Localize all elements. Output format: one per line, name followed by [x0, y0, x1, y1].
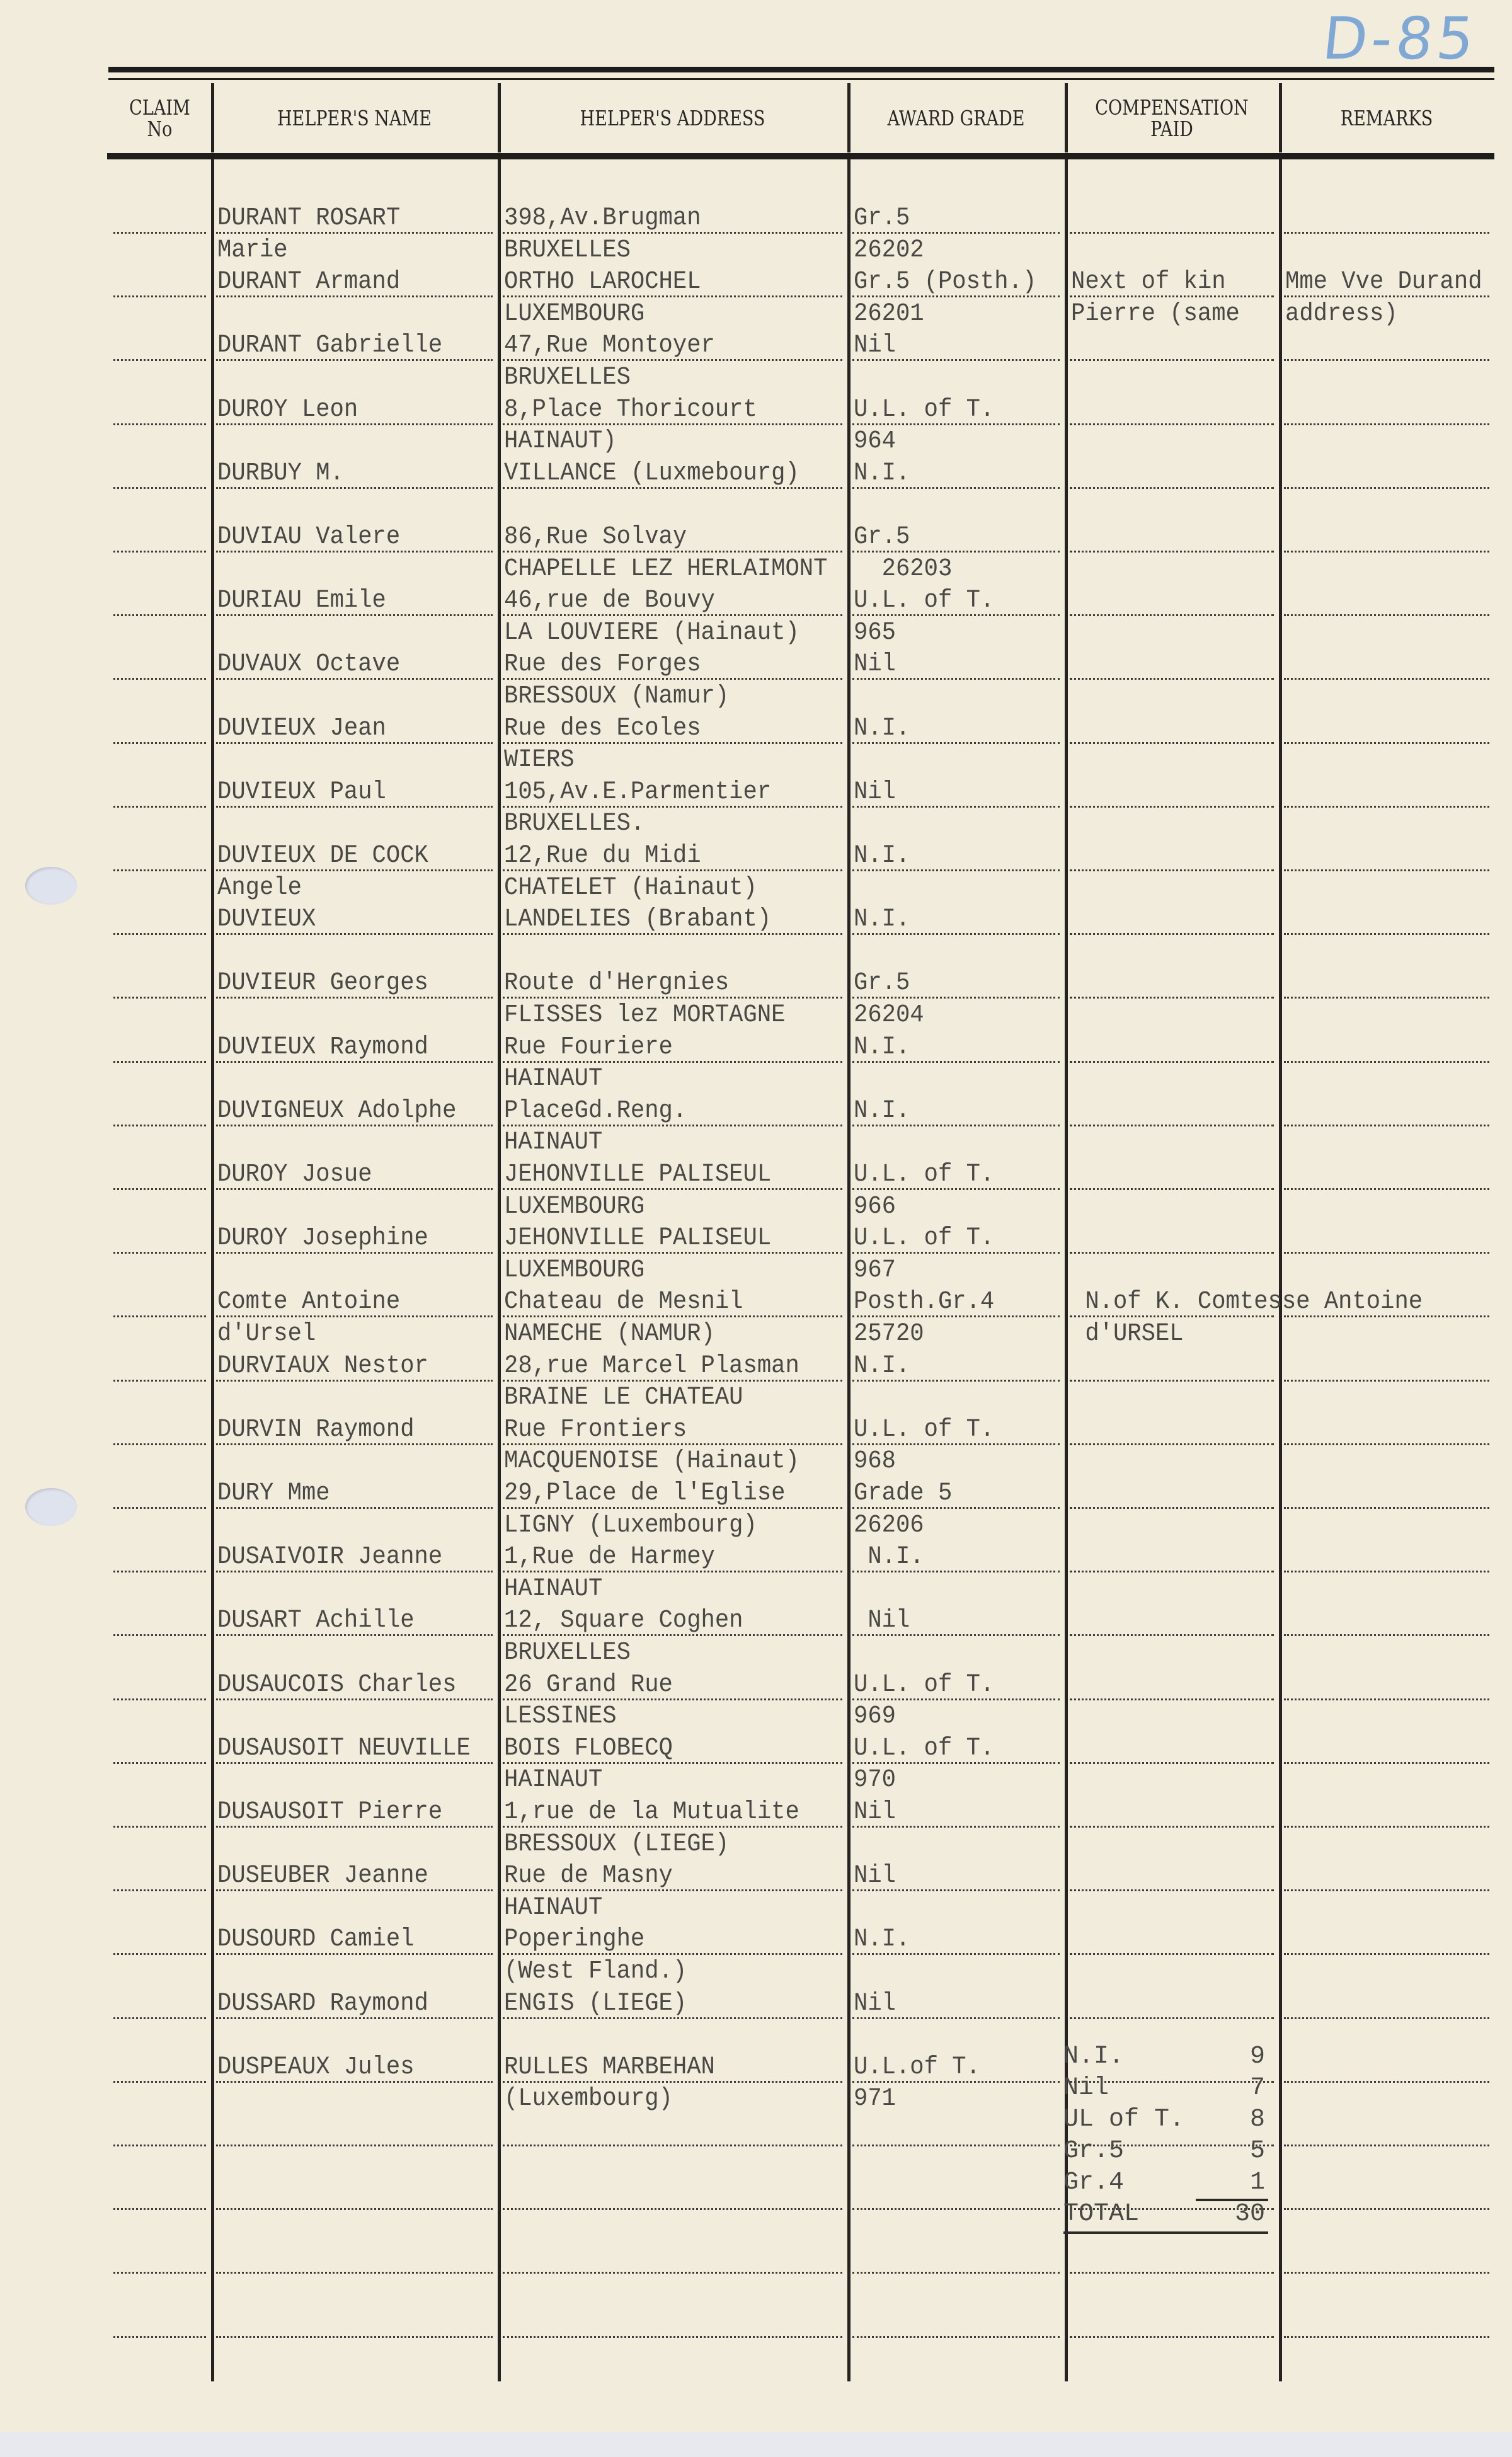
cell-address: Route d'Hergnies [504, 968, 729, 999]
header-column-divider [847, 83, 850, 152]
summary-count: 9 [1250, 2041, 1265, 2073]
row-rule [113, 1953, 206, 1955]
cell-address: BRAINE LE CHATEAU [504, 1382, 743, 1414]
cell-award: 964 [854, 426, 896, 457]
column-header-claim: CLAIMNo [118, 82, 202, 154]
row-rule [1284, 2208, 1489, 2210]
cell-award: U.L. of T. [854, 585, 994, 617]
row-rule [113, 933, 206, 935]
cell-address: BRUXELLES [504, 1637, 631, 1669]
summary-total-label: TOTAL [1063, 2199, 1139, 2230]
cell-award: 965 [854, 617, 896, 649]
cell-name: DUVIEUX [217, 904, 316, 936]
row-rule [113, 997, 206, 999]
row-rule [113, 1188, 206, 1190]
row-rule [503, 2145, 842, 2146]
row-rule [113, 1634, 206, 1636]
row-rule [1070, 1252, 1274, 1254]
cell-award: 971 [854, 2083, 896, 2115]
row-rule [1284, 1634, 1489, 1636]
cell-name: DUSSARD Raymond [217, 1988, 428, 2020]
cell-address: VILLANCE (Luxmebourg) [504, 458, 799, 490]
row-rule [1284, 2017, 1489, 2019]
column-header-remarks: REMARKS [1298, 82, 1475, 154]
cell-award: Nil [854, 1988, 896, 2020]
cell-award: 967 [854, 1255, 896, 1286]
cell-award: Gr.5 [854, 522, 910, 553]
row-rule [1070, 2336, 1274, 2338]
cell-name: DURBUY M. [217, 458, 344, 490]
row-rule [216, 2336, 493, 2338]
row-rule [1070, 869, 1274, 871]
cell-address: 105,Av.E.Parmentier [504, 777, 771, 808]
row-rule [1070, 1061, 1274, 1063]
summary-row: Gr.55 [1063, 2136, 1271, 2167]
cell-name: DUVAUX Octave [217, 649, 400, 680]
cell-address: NAMECHE (NAMUR) [504, 1319, 715, 1350]
column-divider [211, 159, 214, 2381]
cell-compensation: Pierre (same [1071, 299, 1240, 330]
cell-award: U.L. of T. [854, 1414, 994, 1446]
cell-address: LUXEMBOURG [504, 1255, 644, 1286]
row-rule [113, 1061, 206, 1063]
cell-award: Nil [854, 1797, 896, 1828]
row-rule [1284, 2272, 1489, 2274]
row-rule [1070, 997, 1274, 999]
row-rule [503, 2272, 842, 2274]
cell-award: 970 [854, 1765, 896, 1796]
cell-address: 46,rue de Bouvy [504, 585, 715, 617]
cell-address: WIERS [504, 745, 575, 776]
cell-award: Nil [854, 1605, 910, 1637]
cell-name: DUSPEAUX Jules [217, 2052, 415, 2083]
cell-award: Nil [854, 649, 896, 680]
cell-address: LIGNY (Luxembourg) [504, 1510, 757, 1542]
summary-label: UL of T. [1063, 2104, 1184, 2136]
row-rule [1284, 1953, 1489, 1955]
cell-address: Rue de Masny [504, 1860, 673, 1892]
cell-remarks: address) [1285, 299, 1398, 330]
row-rule [1070, 1125, 1274, 1126]
cell-name: DURANT ROSART [217, 203, 400, 234]
row-rule [113, 487, 206, 489]
cell-address: 29,Place de l'Eglise [504, 1478, 785, 1509]
cell-name: DUSAUSOIT NEUVILLE [217, 1733, 471, 1765]
cell-award: 25720 [854, 1319, 924, 1350]
cell-award: 26201 [854, 299, 924, 330]
cell-name: DUVIEUX DE COCK [217, 840, 428, 872]
cell-award: N.I. [854, 1032, 910, 1063]
row-rule [1284, 1188, 1489, 1190]
row-rule [1284, 487, 1489, 489]
top-thin-rule [108, 78, 1494, 80]
column-header-address: HELPER'S ADDRESS [529, 82, 816, 154]
column-header-compensation: COMPENSATIONPAID [1084, 82, 1260, 154]
cell-address: LANDELIES (Brabant) [504, 904, 771, 936]
row-rule [1070, 742, 1274, 744]
cell-address: BRESSOUX (Namur) [504, 681, 729, 713]
cell-address: LA LOUVIERE (Hainaut) [504, 617, 799, 649]
cell-name: DUROY Leon [217, 394, 358, 426]
row-rule [1070, 551, 1274, 553]
cell-address: HAINAUT [504, 1893, 602, 1924]
row-rule [113, 742, 206, 744]
cell-award: U.L. of T. [854, 1159, 994, 1191]
cell-award: Grade 5 [854, 1478, 952, 1509]
cell-address: HAINAUT [504, 1127, 602, 1159]
cell-address: 398,Av.Brugman [504, 203, 701, 234]
row-rule [1070, 1571, 1274, 1572]
summary-label: Nil [1063, 2073, 1109, 2104]
row-rule [1284, 1698, 1489, 1700]
summary-row: UL of T.8 [1063, 2104, 1271, 2136]
cell-address: PlaceGd.Reng. [504, 1096, 687, 1127]
row-rule [1284, 742, 1489, 744]
row-rule [113, 1380, 206, 1382]
column-header-name: HELPER'S NAME [237, 82, 472, 154]
cell-award: N.I. [854, 1351, 910, 1382]
cell-address: 12,Rue du Midi [504, 840, 701, 872]
row-rule [1284, 933, 1489, 935]
column-divider [847, 159, 850, 2381]
cell-award: U.L. of T. [854, 394, 994, 426]
cell-award: N.I. [854, 713, 910, 745]
cell-address: (Luxembourg) [504, 2083, 673, 2115]
row-rule [113, 1315, 206, 1317]
row-rule [1284, 614, 1489, 616]
cell-award: Nil [854, 777, 896, 808]
header-column-divider [1065, 83, 1068, 152]
cell-address: LESSINES [504, 1701, 617, 1732]
cell-name: DURANT Armand [217, 266, 400, 298]
row-rule [1070, 806, 1274, 808]
cell-address: HAINAUT [504, 1063, 602, 1095]
row-rule [216, 2272, 493, 2274]
cell-name: DUSAUSOIT Pierre [217, 1797, 442, 1828]
row-rule [1070, 1507, 1274, 1509]
row-rule [1284, 551, 1489, 553]
cell-award: N.I. [854, 840, 910, 872]
row-rule [1284, 1762, 1489, 1764]
row-rule [113, 2208, 206, 2210]
row-rule [1284, 997, 1489, 999]
row-rule [852, 2208, 1060, 2210]
cell-address: Rue Fouriere [504, 1032, 673, 1063]
header-column-divider [498, 83, 501, 152]
row-rule [113, 1443, 206, 1445]
cell-address: BRESSOUX (LIEGE) [504, 1829, 729, 1860]
row-rule [1070, 1380, 1274, 1382]
row-rule [113, 2336, 206, 2338]
cell-address: Rue des Ecoles [504, 713, 701, 745]
cell-award: N.I. [854, 1924, 910, 1956]
cell-name: DUSEUBER Jeanne [217, 1860, 428, 1892]
row-rule [852, 2272, 1060, 2274]
cell-address: 8,Place Thoricourt [504, 394, 757, 426]
cell-award: N.I. [854, 458, 910, 490]
cell-award: U.L. of T. [854, 1669, 994, 1701]
cell-address: Chateau de Mesnil [504, 1286, 743, 1318]
cell-address: 26 Grand Rue [504, 1669, 673, 1701]
cell-award: 26202 [854, 235, 924, 266]
row-rule [1284, 1443, 1489, 1445]
row-rule [113, 551, 206, 553]
row-rule [216, 2208, 493, 2210]
summary-count: 5 [1250, 2136, 1265, 2167]
row-rule [113, 2081, 206, 2083]
cell-address: RULLES MARBEHAN [504, 2052, 715, 2083]
top-thick-rule [108, 67, 1494, 72]
cell-award: Gr.5 [854, 203, 910, 234]
cell-address: MACQUENOISE (Hainaut) [504, 1446, 799, 1477]
punch-hole-upper [25, 867, 77, 905]
cell-name: DUVIAU Valere [217, 522, 400, 553]
cell-name: DUVIEUX Jean [217, 713, 386, 745]
summary-total-value: 30 [1235, 2199, 1265, 2230]
column-divider [1279, 159, 1282, 2381]
cell-address: BOIS FLOBECQ [504, 1733, 673, 1765]
cell-address: BRUXELLES [504, 362, 631, 394]
header-column-divider [211, 83, 214, 152]
cell-award: 26204 [854, 1000, 924, 1031]
cell-name: Marie [217, 235, 288, 266]
row-rule [1070, 2272, 1274, 2274]
cell-address: 47,Rue Montoyer [504, 330, 715, 362]
cell-address: Rue Frontiers [504, 1414, 687, 1446]
row-rule [1284, 806, 1489, 808]
row-rule [1284, 1571, 1489, 1572]
cell-name: DUVIEUR Georges [217, 968, 428, 999]
cell-name: DUVIEUX Raymond [217, 1032, 428, 1063]
row-rule [1070, 1889, 1274, 1891]
cell-award: Gr.5 [854, 968, 910, 999]
row-rule [1284, 423, 1489, 425]
cell-address: HAINAUT [504, 1574, 602, 1605]
cell-award: N.I. [854, 904, 910, 936]
cell-name: DUSART Achille [217, 1605, 415, 1637]
row-rule [1070, 1698, 1274, 1700]
handwritten-reference: D-85 [1319, 5, 1480, 72]
cell-compensation: N.of K. Comtesse Antoine [1071, 1286, 1423, 1318]
summary-row: N.I.9 [1063, 2041, 1271, 2073]
cell-award: U.L. of T. [854, 1223, 994, 1254]
row-rule [1070, 1443, 1274, 1445]
cell-remarks: Mme Vve Durand [1285, 266, 1482, 298]
cell-name: DUVIEUX Paul [217, 777, 386, 808]
row-rule [1070, 232, 1274, 234]
cell-name: DURIAU Emile [217, 585, 386, 617]
summary-total-row: TOTAL30 [1063, 2199, 1271, 2230]
cell-address: CHAPELLE LEZ HERLAIMONT [504, 554, 827, 585]
row-rule [1070, 1634, 1274, 1636]
row-rule [1284, 2336, 1489, 2338]
cell-award: N.I. [854, 1542, 924, 1573]
row-rule [113, 2017, 206, 2019]
row-rule [1070, 1826, 1274, 1828]
cell-award: Gr.5 (Posth.) [854, 266, 1036, 298]
row-rule [1284, 678, 1489, 680]
award-summary: N.I.9Nil7UL of T.8Gr.55Gr.41TOTAL30 [1063, 2041, 1271, 2230]
row-rule [113, 1889, 206, 1891]
cell-award: Nil [854, 1860, 896, 1892]
row-rule [113, 2272, 206, 2274]
row-rule [113, 869, 206, 871]
cell-address: JEHONVILLE PALISEUL [504, 1223, 771, 1254]
summary-count: 1 [1250, 2167, 1265, 2199]
cell-name: DURVIAUX Nestor [217, 1351, 428, 1382]
summary-count: 7 [1250, 2073, 1265, 2104]
cell-address: BRUXELLES [504, 235, 631, 266]
row-rule [1284, 359, 1489, 361]
row-rule [1284, 1889, 1489, 1891]
row-rule [113, 2145, 206, 2146]
cell-address: 28,rue Marcel Plasman [504, 1351, 799, 1382]
cell-name: DUROY Josue [217, 1159, 372, 1191]
summary-label: N.I. [1063, 2041, 1124, 2073]
row-rule [1070, 1953, 1274, 1955]
row-rule [1070, 2017, 1274, 2019]
row-rule [503, 2336, 842, 2338]
row-rule [1284, 1061, 1489, 1063]
row-rule [1284, 1507, 1489, 1509]
punch-hole-lower [25, 1488, 77, 1526]
row-rule [852, 2336, 1060, 2338]
cell-name: DUSAUCOIS Charles [217, 1669, 457, 1701]
cell-name: d'Ursel [217, 1319, 316, 1350]
row-rule [1284, 2145, 1489, 2146]
cell-award: 968 [854, 1446, 896, 1477]
cell-award: U.L.of T. [854, 2052, 980, 2083]
row-rule [113, 359, 206, 361]
row-rule [113, 1826, 206, 1828]
column-header-award: AWARD GRADE [867, 82, 1045, 154]
cell-address: BRUXELLES. [504, 808, 644, 840]
row-rule [503, 2208, 842, 2210]
cell-address: 1,rue de la Mutualite [504, 1797, 799, 1828]
row-rule [1284, 232, 1489, 234]
row-rule [1070, 678, 1274, 680]
cell-address: ENGIS (LIEGE) [504, 1988, 687, 2020]
cell-award: 26203 [854, 554, 952, 585]
cell-name: DUSOURD Camiel [217, 1924, 415, 1956]
row-rule [113, 1507, 206, 1509]
cell-address: LUXEMBOURG [504, 1191, 644, 1223]
cell-address: LUXEMBOURG [504, 299, 644, 330]
cell-compensation: Next of kin [1071, 266, 1226, 298]
cell-address: HAINAUT) [504, 426, 617, 457]
cell-address: 86,Rue Solvay [504, 522, 687, 553]
row-rule [1070, 1188, 1274, 1190]
cell-name: DUROY Josephine [217, 1223, 428, 1254]
row-rule [1070, 359, 1274, 361]
row-rule [113, 1252, 206, 1254]
row-rule [1284, 1252, 1489, 1254]
summary-row: Nil7 [1063, 2073, 1271, 2104]
cell-award: 966 [854, 1191, 896, 1223]
cell-address: (West Fland.) [504, 1956, 687, 1988]
summary-label: Gr.4 [1063, 2167, 1124, 2199]
header-column-divider [1279, 83, 1282, 152]
cell-name: Angele [217, 873, 302, 904]
row-rule [1284, 1125, 1489, 1126]
row-rule [1070, 423, 1274, 425]
cell-award: U.L. of T. [854, 1733, 994, 1765]
cell-award: 26206 [854, 1510, 924, 1542]
cell-address: ORTHO LAROCHEL [504, 266, 701, 298]
summary-double-underline [1063, 2231, 1268, 2234]
cell-compensation: d'URSEL [1071, 1319, 1184, 1350]
cell-address: HAINAUT [504, 1765, 602, 1796]
row-rule [1284, 1380, 1489, 1382]
scan-background [0, 2432, 1512, 2457]
summary-row: Gr.41 [1063, 2167, 1271, 2199]
cell-award: N.I. [854, 1096, 910, 1127]
summary-label: Gr.5 [1063, 2136, 1124, 2167]
row-rule [113, 232, 206, 234]
cell-name: Comte Antoine [217, 1286, 400, 1318]
row-rule [113, 806, 206, 808]
row-rule [1070, 487, 1274, 489]
column-divider [498, 159, 501, 2381]
cell-address: FLISSES lez MORTAGNE [504, 1000, 785, 1031]
row-rule [1070, 614, 1274, 616]
cell-name: DURVIN Raymond [217, 1414, 415, 1446]
cell-name: DURANT Gabrielle [217, 330, 442, 362]
cell-address: Rue des Forges [504, 649, 701, 680]
cell-name: DUSAIVOIR Jeanne [217, 1542, 442, 1573]
row-rule [1284, 869, 1489, 871]
row-rule [852, 2145, 1060, 2146]
cell-name: DUVIGNEUX Adolphe [217, 1096, 457, 1127]
row-rule [1284, 2081, 1489, 2083]
row-rule [216, 2145, 493, 2146]
row-rule [113, 295, 206, 297]
cell-address: CHATELET (Hainaut) [504, 873, 757, 904]
cell-address: JEHONVILLE PALISEUL [504, 1159, 771, 1191]
cell-address: 12, Square Coghen [504, 1605, 743, 1637]
row-rule [113, 1698, 206, 1700]
row-rule [1284, 1826, 1489, 1828]
row-rule [1070, 1762, 1274, 1764]
cell-name: DURY Mme [217, 1478, 330, 1509]
row-rule [113, 678, 206, 680]
row-rule [113, 1762, 206, 1764]
cell-address: Poperinghe [504, 1924, 644, 1956]
row-rule [113, 1125, 206, 1126]
row-rule [113, 423, 206, 425]
row-rule [113, 614, 206, 616]
row-rule [1070, 933, 1274, 935]
cell-award: 969 [854, 1701, 896, 1732]
cell-award: Nil [854, 330, 896, 362]
cell-award: Posth.Gr.4 [854, 1286, 994, 1318]
summary-count: 8 [1250, 2104, 1265, 2136]
cell-address: 1,Rue de Harmey [504, 1542, 715, 1573]
row-rule [113, 1571, 206, 1572]
